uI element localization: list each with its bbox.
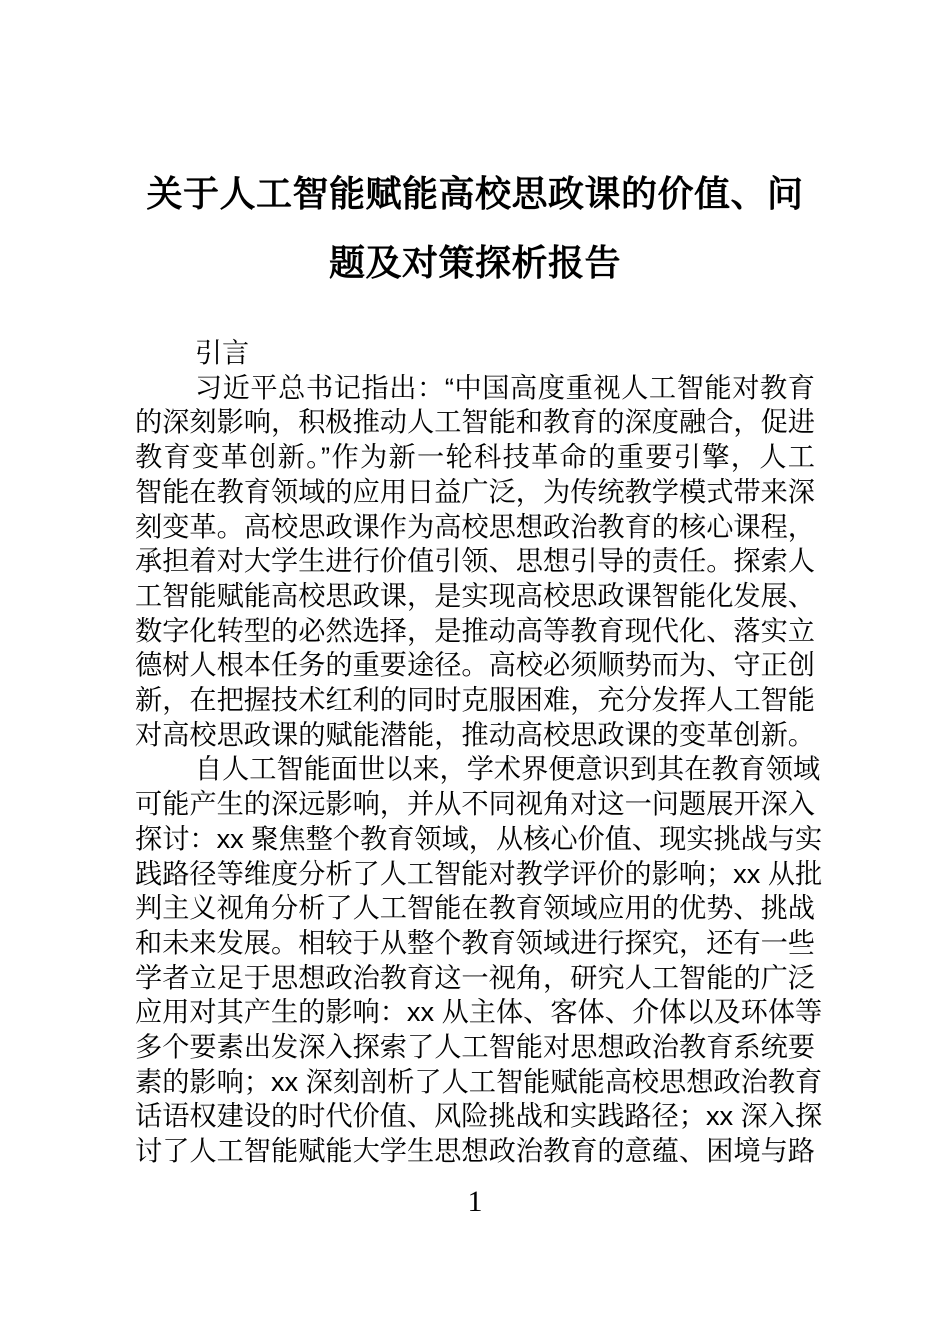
page-number: 1: [468, 1185, 483, 1218]
body-line: 数字化转型的必然选择，是推动高等教育现代化、落实立: [135, 614, 815, 649]
body-line: 教育变革创新。”作为新一轮科技革命的重要引擎，人工: [135, 440, 815, 475]
body-line: 判主义视角分析了人工智能在教育领域应用的优势、挑战: [135, 891, 815, 926]
body-line: 可能产生的深远影响，并从不同视角对这一问题展开深入: [135, 787, 815, 822]
body-line: 刻变革。高校思政课作为高校思想政治教育的核心课程，: [135, 510, 815, 545]
document-page: 关于人工智能赋能高校思政课的价值、问 题及对策探析报告 引言 习近平总书记指出：…: [0, 0, 950, 1344]
page-footer: 1: [0, 1185, 950, 1219]
body-line: 多个要素出发深入探索了人工智能对思想政治教育系统要: [135, 1030, 815, 1065]
body-line: 习近平总书记指出：“中国高度重视人工智能对教育: [135, 371, 815, 406]
body-line: 和未来发展。相较于从整个教育领域进行探究，还有一些: [135, 926, 815, 961]
body-line: 自人工智能面世以来，学术界便意识到其在教育领域: [135, 752, 815, 787]
document-body: 引言 习近平总书记指出：“中国高度重视人工智能对教育 的深刻影响，积极推动人工智…: [135, 336, 815, 1169]
title-line-1: 关于人工智能赋能高校思政课的价值、问: [0, 159, 950, 228]
title-line-2: 题及对策探析报告: [0, 228, 950, 297]
body-line: 讨了人工智能赋能大学生思想政治教育的意蕴、困境与路: [135, 1134, 815, 1169]
body-line: 智能在教育领域的应用日益广泛，为传统教学模式带来深: [135, 475, 815, 510]
body-line: 学者立足于思想政治教育这一视角，研究人工智能的广泛: [135, 961, 815, 996]
body-line: 引言: [135, 336, 815, 371]
body-line: 工智能赋能高校思政课，是实现高校思政课智能化发展、: [135, 579, 815, 614]
body-line: 探讨：xx 聚焦整个教育领域，从核心价值、现实挑战与实: [135, 822, 815, 857]
document-title: 关于人工智能赋能高校思政课的价值、问 题及对策探析报告: [0, 0, 950, 297]
body-line: 应用对其产生的影响：xx 从主体、客体、介体以及环体等: [135, 995, 815, 1030]
body-line: 德树人根本任务的重要途径。高校必须顺势而为、守正创: [135, 648, 815, 683]
body-line: 新，在把握技术红利的同时克服困难，充分发挥人工智能: [135, 683, 815, 718]
body-line: 素的影响；xx 深刻剖析了人工智能赋能高校思想政治教育: [135, 1065, 815, 1100]
body-line: 践路径等维度分析了人工智能对教学评价的影响；xx 从批: [135, 857, 815, 892]
body-line: 承担着对大学生进行价值引领、思想引导的责任。探索人: [135, 544, 815, 579]
body-line: 对高校思政课的赋能潜能，推动高校思政课的变革创新。: [135, 718, 815, 753]
body-line: 的深刻影响，积极推动人工智能和教育的深度融合，促进: [135, 405, 815, 440]
body-line: 话语权建设的时代价值、风险挑战和实践路径；xx 深入探: [135, 1099, 815, 1134]
